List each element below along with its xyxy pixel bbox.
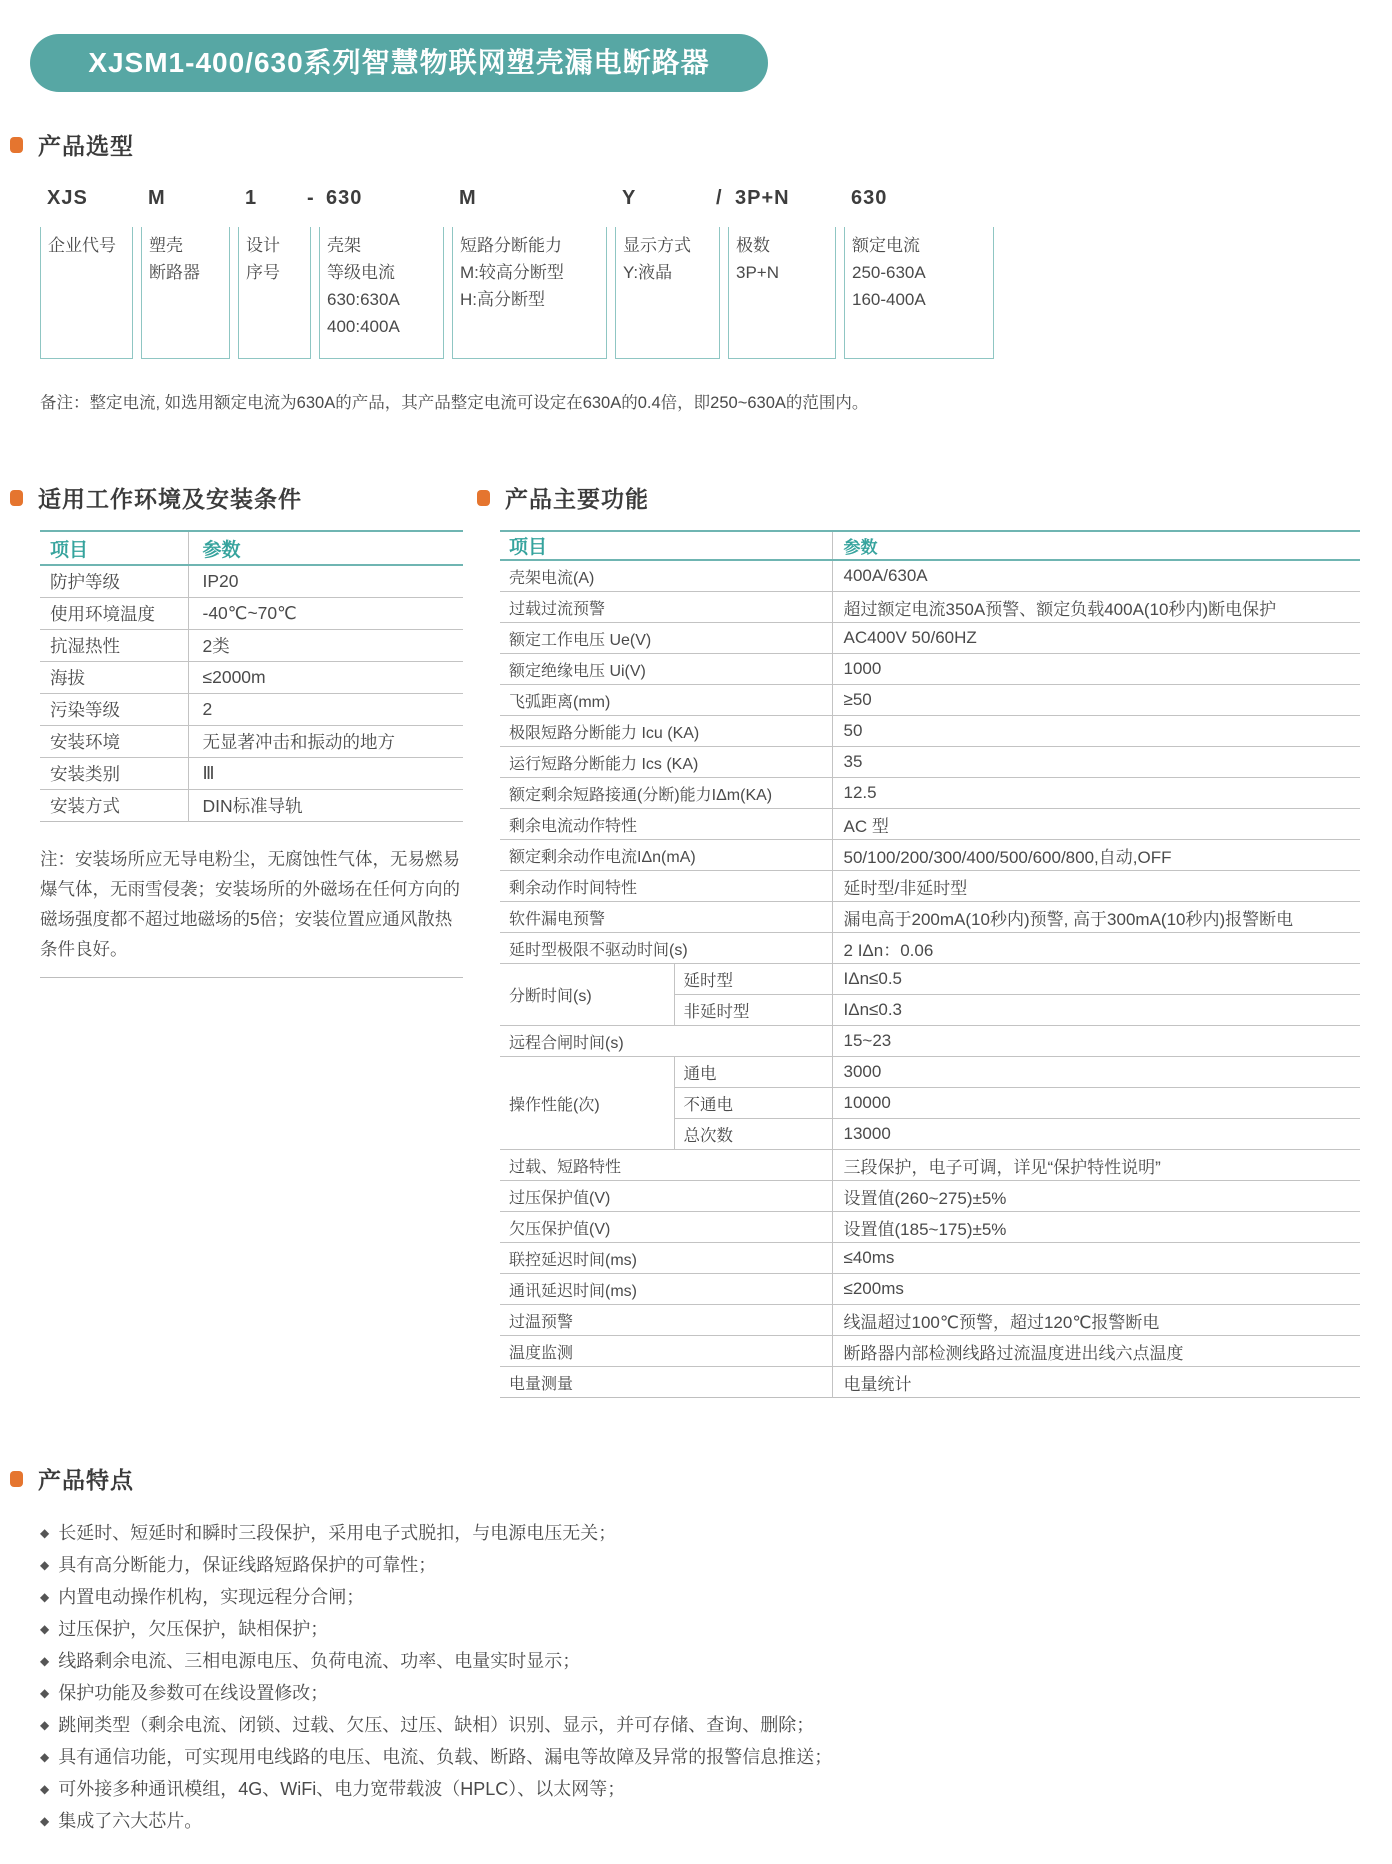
feature-item: ◆ 长延时、短延时和瞬时三段保护，采用电子式脱扣，与电源电压无关；	[40, 1519, 1364, 1551]
item-cell: 分断时间(s)	[500, 964, 674, 1026]
item-cell: 极限短路分断能力 Icu (KA)	[500, 716, 832, 747]
model-code-column: - 630 壳架 等级电流 630:630A 400:400A	[319, 187, 444, 359]
item-cell: 额定绝缘电压 Ui(V)	[500, 654, 832, 685]
value-cell: -40℃~70℃	[188, 598, 463, 630]
diamond-bullet-icon: ◆	[40, 1750, 49, 1764]
table-row: 联控延迟时间(ms) ≤40ms	[500, 1243, 1360, 1274]
value-cell: ≤2000m	[188, 662, 463, 694]
value-cell: 断路器内部检测线路过流温度进出线六点温度	[832, 1336, 1360, 1367]
code-description-cell: 额定电流 250-630A 160-400A	[844, 227, 994, 359]
feature-text: 具有通信功能，可实现用电线路的电压、电流、负载、断路、漏电等故障及异常的报警信息…	[58, 1743, 832, 1769]
diamond-bullet-icon: ◆	[40, 1686, 49, 1700]
value-cell: IP20	[188, 565, 463, 598]
table-row: 温度监测 断路器内部检测线路过流温度进出线六点温度	[500, 1336, 1360, 1367]
item-cell: 飞弧距离(mm)	[500, 685, 832, 716]
feature-text: 保护功能及参数可在线设置修改；	[58, 1679, 328, 1705]
item-cell: 过温预警	[500, 1305, 832, 1336]
item-cell: 安装类别	[40, 758, 188, 790]
feature-text: 可外接多种通讯模组，4G、WiFi、电力宽带载波（HPLC）、以太网等；	[58, 1775, 625, 1801]
code-description-cell: 显示方式 Y:液晶	[615, 227, 720, 359]
code-description-cell: 短路分断能力 M:较高分断型 H:高分断型	[452, 227, 607, 359]
table-row: 极限短路分断能力 Icu (KA) 50	[500, 716, 1360, 747]
model-code-column: M 塑壳 断路器	[141, 187, 230, 359]
value-cell: 13000	[832, 1119, 1360, 1150]
datasheet-page: XJSM1-400/630系列智慧物联网塑壳漏电断路器 产品选型 XJS 企业代…	[0, 34, 1392, 1839]
diamond-bullet-icon: ◆	[40, 1782, 49, 1796]
value-cell: AC 型	[832, 809, 1360, 840]
feature-item: ◆ 可外接多种通讯模组，4G、WiFi、电力宽带载波（HPLC）、以太网等；	[40, 1775, 1364, 1807]
item-cell: 欠压保护值(V)	[500, 1212, 832, 1243]
code-token: XJS	[40, 187, 133, 227]
feature-item: ◆ 内置电动操作机构，实现远程分合闸；	[40, 1583, 1364, 1615]
item-cell: 安装方式	[40, 790, 188, 822]
item-cell: 运行短路分断能力 Ics (KA)	[500, 747, 832, 778]
orange-bullet-icon	[10, 490, 23, 506]
spec-columns: 适用工作环境及安装条件 项目 参数 防护等级 IP20	[10, 481, 1364, 1398]
item-cell: 联控延迟时间(ms)	[500, 1243, 832, 1274]
diamond-bullet-icon: ◆	[40, 1654, 49, 1668]
table-row: 额定剩余短路接通(分断)能力IΔm(KA) 12.5	[500, 778, 1360, 809]
table-row: 使用环境温度 -40℃~70℃	[40, 598, 463, 630]
table-row: 安装环境 无显著冲击和振动的地方	[40, 726, 463, 758]
feature-text: 长延时、短延时和瞬时三段保护，采用电子式脱扣，与电源电压无关；	[58, 1519, 616, 1545]
value-cell: 电量统计	[832, 1367, 1360, 1398]
diamond-bullet-icon: ◆	[40, 1558, 49, 1572]
value-cell: DIN标准导轨	[188, 790, 463, 822]
section-title: 产品主要功能	[505, 481, 649, 514]
item-cell: 电量测量	[500, 1367, 832, 1398]
code-separator: /	[716, 187, 722, 210]
value-cell: 设置值(185~175)±5%	[832, 1212, 1360, 1243]
table-row: 运行短路分断能力 Ics (KA) 35	[500, 747, 1360, 778]
item-cell: 额定剩余短路接通(分断)能力IΔm(KA)	[500, 778, 832, 809]
table-row: 飞弧距离(mm) ≥50	[500, 685, 1360, 716]
value-cell: 超过额定电流350A预警、额定负载400A(10秒内)断电保护	[832, 592, 1360, 623]
value-cell: 漏电高于200mA(10秒内)预警, 高于300mA(10秒内)报警断电	[832, 902, 1360, 933]
table-row: 欠压保护值(V) 设置值(185~175)±5%	[500, 1212, 1360, 1243]
item-cell: 污染等级	[40, 694, 188, 726]
code-description-cell: 企业代号	[40, 227, 133, 359]
feature-item: ◆ 保护功能及参数可在线设置修改；	[40, 1679, 1364, 1711]
feature-text: 集成了六大芯片。	[58, 1807, 202, 1833]
code-token: 630	[844, 187, 994, 227]
item-cell: 使用环境温度	[40, 598, 188, 630]
feature-text: 具有高分断能力，保证线路短路保护的可靠性；	[58, 1551, 436, 1577]
section-features: 产品特点 ◆ 长延时、短延时和瞬时三段保护，采用电子式脱扣，与电源电压无关； ◆…	[10, 1462, 1364, 1839]
column-header-param: 参数	[188, 531, 463, 565]
sub-item-cell: 不通电	[674, 1088, 832, 1119]
code-token: M	[141, 187, 230, 227]
item-cell: 剩余电流动作特性	[500, 809, 832, 840]
value-cell: 12.5	[832, 778, 1360, 809]
code-description-cell: 壳架 等级电流 630:630A 400:400A	[319, 227, 444, 359]
model-code-table: XJS 企业代号 M 塑壳 断路器 1 设计 序号 - 630	[40, 187, 1364, 359]
section-title: 适用工作环境及安装条件	[38, 481, 302, 514]
value-cell: 设置值(260~275)±5%	[832, 1181, 1360, 1212]
table-row: 电量测量 电量统计	[500, 1367, 1360, 1398]
feature-text: 线路剩余电流、三相电源电压、负荷电流、功率、电量实时显示；	[58, 1647, 580, 1673]
value-cell: 3000	[832, 1057, 1360, 1088]
code-token: 630	[319, 187, 444, 227]
diamond-bullet-icon: ◆	[40, 1526, 49, 1540]
orange-bullet-icon	[10, 1471, 23, 1487]
diamond-bullet-icon: ◆	[40, 1814, 49, 1828]
value-cell: 无显著冲击和振动的地方	[188, 726, 463, 758]
table-row: 通讯延迟时间(ms) ≤200ms	[500, 1274, 1360, 1305]
section-functions: 产品主要功能 项目 参数 壳架电流(A) 400A/630A	[463, 481, 1364, 1398]
table-row: 操作性能(次) 通电 3000	[500, 1057, 1360, 1088]
item-cell: 软件漏电预警	[500, 902, 832, 933]
model-code-column: M 短路分断能力 M:较高分断型 H:高分断型	[452, 187, 607, 359]
sub-item-cell: 延时型	[674, 964, 832, 995]
table-row: 安装类别 Ⅲ	[40, 758, 463, 790]
feature-item: ◆ 跳闸类型（剩余电流、闭锁、过载、欠压、过压、缺相）识别、显示，并可存储、查询…	[40, 1711, 1364, 1743]
section-title: 产品特点	[38, 1462, 134, 1495]
sub-item-cell: 通电	[674, 1057, 832, 1088]
diamond-bullet-icon: ◆	[40, 1590, 49, 1604]
diamond-bullet-icon: ◆	[40, 1718, 49, 1732]
feature-item: ◆ 线路剩余电流、三相电源电压、负荷电流、功率、电量实时显示；	[40, 1647, 1364, 1679]
value-cell: 三段保护，电子可调，详见“保护特性说明”	[832, 1150, 1360, 1181]
orange-bullet-icon	[10, 137, 23, 153]
value-cell: 延时型/非延时型	[832, 871, 1360, 902]
section-heading-features: 产品特点	[10, 1462, 1364, 1495]
value-cell: IΔn≤0.5	[832, 964, 1360, 995]
item-cell: 抗湿热性	[40, 630, 188, 662]
section-heading-functions: 产品主要功能	[477, 481, 1364, 514]
value-cell: Ⅲ	[188, 758, 463, 790]
item-cell: 过载、短路特性	[500, 1150, 832, 1181]
item-cell: 剩余动作时间特性	[500, 871, 832, 902]
item-cell: 过压保护值(V)	[500, 1181, 832, 1212]
table-row: 抗湿热性 2类	[40, 630, 463, 662]
diamond-bullet-icon: ◆	[40, 1622, 49, 1636]
table-row: 过载、短路特性 三段保护，电子可调，详见“保护特性说明”	[500, 1150, 1360, 1181]
code-token: 1	[238, 187, 311, 227]
table-header-row: 项目 参数	[500, 531, 1360, 560]
table-row: 剩余动作时间特性 延时型/非延时型	[500, 871, 1360, 902]
code-token: M	[452, 187, 607, 227]
value-cell: 50/100/200/300/400/500/600/800,自动,OFF	[832, 840, 1360, 871]
value-cell: ≤200ms	[832, 1274, 1360, 1305]
table-row: 过压保护值(V) 设置值(260~275)±5%	[500, 1181, 1360, 1212]
value-cell: 1000	[832, 654, 1360, 685]
item-cell: 通讯延迟时间(ms)	[500, 1274, 832, 1305]
value-cell: IΔn≤0.3	[832, 995, 1360, 1026]
item-cell: 防护等级	[40, 565, 188, 598]
model-code-column: 630 额定电流 250-630A 160-400A	[844, 187, 994, 359]
table-row: 远程合闸时间(s) 15~23	[500, 1026, 1360, 1057]
sub-item-cell: 非延时型	[674, 995, 832, 1026]
value-cell: 线温超过100℃预警，超过120℃报警断电	[832, 1305, 1360, 1336]
section-heading-selection: 产品选型	[10, 128, 1364, 161]
orange-bullet-icon	[477, 490, 490, 506]
environment-note: 注：安装场所应无导电粉尘，无腐蚀性气体，无易燃易爆气体，无雨雪侵袭；安装场所的外…	[40, 844, 461, 964]
value-cell: AC400V 50/60HZ	[832, 623, 1360, 654]
feature-text: 跳闸类型（剩余电流、闭锁、过载、欠压、过压、缺相）识别、显示，并可存储、查询、删…	[58, 1711, 814, 1737]
column-header-item: 项目	[40, 531, 188, 565]
feature-item: ◆ 集成了六大芯片。	[40, 1807, 1364, 1839]
section-heading-environment: 适用工作环境及安装条件	[10, 481, 463, 514]
value-cell: 2 IΔn：0.06	[832, 933, 1360, 964]
model-code-column: XJS 企业代号	[40, 187, 133, 359]
table-row: 海拔 ≤2000m	[40, 662, 463, 694]
item-cell: 海拔	[40, 662, 188, 694]
value-cell: 400A/630A	[832, 560, 1360, 592]
section-product-selection: 产品选型 XJS 企业代号 M 塑壳 断路器 1 设计 序号	[10, 128, 1364, 413]
value-cell: ≥50	[832, 685, 1360, 716]
value-cell: 2类	[188, 630, 463, 662]
code-token: 3P+N	[728, 187, 836, 227]
environment-table: 项目 参数 防护等级 IP20 使用环境温度 -40℃~70℃	[40, 530, 463, 822]
model-code-column: / 3P+N 极数 3P+N	[728, 187, 836, 359]
item-cell: 额定剩余动作电流IΔn(mA)	[500, 840, 832, 871]
value-cell: 35	[832, 747, 1360, 778]
feature-item: ◆ 具有高分断能力，保证线路短路保护的可靠性；	[40, 1551, 1364, 1583]
table-row: 防护等级 IP20	[40, 565, 463, 598]
item-cell: 安装环境	[40, 726, 188, 758]
value-cell: 50	[832, 716, 1360, 747]
sub-item-cell: 总次数	[674, 1119, 832, 1150]
feature-item: ◆ 过压保护，欠压保护，缺相保护；	[40, 1615, 1364, 1647]
functions-table: 项目 参数 壳架电流(A) 400A/630A 过载过流预警 超过额定电流350…	[500, 530, 1360, 1398]
divider-line	[40, 977, 463, 978]
table-row: 额定绝缘电压 Ui(V) 1000	[500, 654, 1360, 685]
value-cell: 2	[188, 694, 463, 726]
code-token: Y	[615, 187, 720, 227]
code-description-cell: 塑壳 断路器	[141, 227, 230, 359]
value-cell: 10000	[832, 1088, 1360, 1119]
value-cell: ≤40ms	[832, 1243, 1360, 1274]
feature-text: 内置电动操作机构，实现远程分合闸；	[58, 1583, 364, 1609]
item-cell: 壳架电流(A)	[500, 560, 832, 592]
feature-list: ◆ 长延时、短延时和瞬时三段保护，采用电子式脱扣，与电源电压无关； ◆ 具有高分…	[10, 1519, 1364, 1839]
section-environment: 适用工作环境及安装条件 项目 参数 防护等级 IP20	[10, 481, 463, 1398]
item-cell: 延时型极限不驱动时间(s)	[500, 933, 832, 964]
table-row: 分断时间(s) 延时型 IΔn≤0.5	[500, 964, 1360, 995]
feature-item: ◆ 具有通信功能，可实现用电线路的电压、电流、负载、断路、漏电等故障及异常的报警…	[40, 1743, 1364, 1775]
title-banner: XJSM1-400/630系列智慧物联网塑壳漏电断路器	[30, 34, 768, 92]
item-cell: 操作性能(次)	[500, 1057, 674, 1150]
feature-text: 过压保护，欠压保护，缺相保护；	[58, 1615, 328, 1641]
code-separator: -	[307, 187, 314, 210]
table-row: 软件漏电预警 漏电高于200mA(10秒内)预警, 高于300mA(10秒内)报…	[500, 902, 1360, 933]
item-cell: 温度监测	[500, 1336, 832, 1367]
code-description-cell: 极数 3P+N	[728, 227, 836, 359]
table-row: 剩余电流动作特性 AC 型	[500, 809, 1360, 840]
code-description-cell: 设计 序号	[238, 227, 311, 359]
table-row: 安装方式 DIN标准导轨	[40, 790, 463, 822]
model-code-column: 1 设计 序号	[238, 187, 311, 359]
table-row: 额定剩余动作电流IΔn(mA) 50/100/200/300/400/500/6…	[500, 840, 1360, 871]
value-cell: 15~23	[832, 1026, 1360, 1057]
model-code-column: Y 显示方式 Y:液晶	[615, 187, 720, 359]
item-cell: 额定工作电压 Ue(V)	[500, 623, 832, 654]
column-header-param: 参数	[832, 531, 1360, 560]
table-row: 额定工作电压 Ue(V) AC400V 50/60HZ	[500, 623, 1360, 654]
item-cell: 远程合闸时间(s)	[500, 1026, 832, 1057]
table-row: 污染等级 2	[40, 694, 463, 726]
table-row: 过载过流预警 超过额定电流350A预警、额定负载400A(10秒内)断电保护	[500, 592, 1360, 623]
section-title: 产品选型	[38, 128, 134, 161]
column-header-item: 项目	[500, 531, 832, 560]
selection-note: 备注：整定电流, 如选用额定电流为630A的产品，其产品整定电流可设定在630A…	[40, 389, 1364, 413]
table-header-row: 项目 参数	[40, 531, 463, 565]
item-cell: 过载过流预警	[500, 592, 832, 623]
table-row: 延时型极限不驱动时间(s) 2 IΔn：0.06	[500, 933, 1360, 964]
table-row: 过温预警 线温超过100℃预警，超过120℃报警断电	[500, 1305, 1360, 1336]
table-row: 壳架电流(A) 400A/630A	[500, 560, 1360, 592]
